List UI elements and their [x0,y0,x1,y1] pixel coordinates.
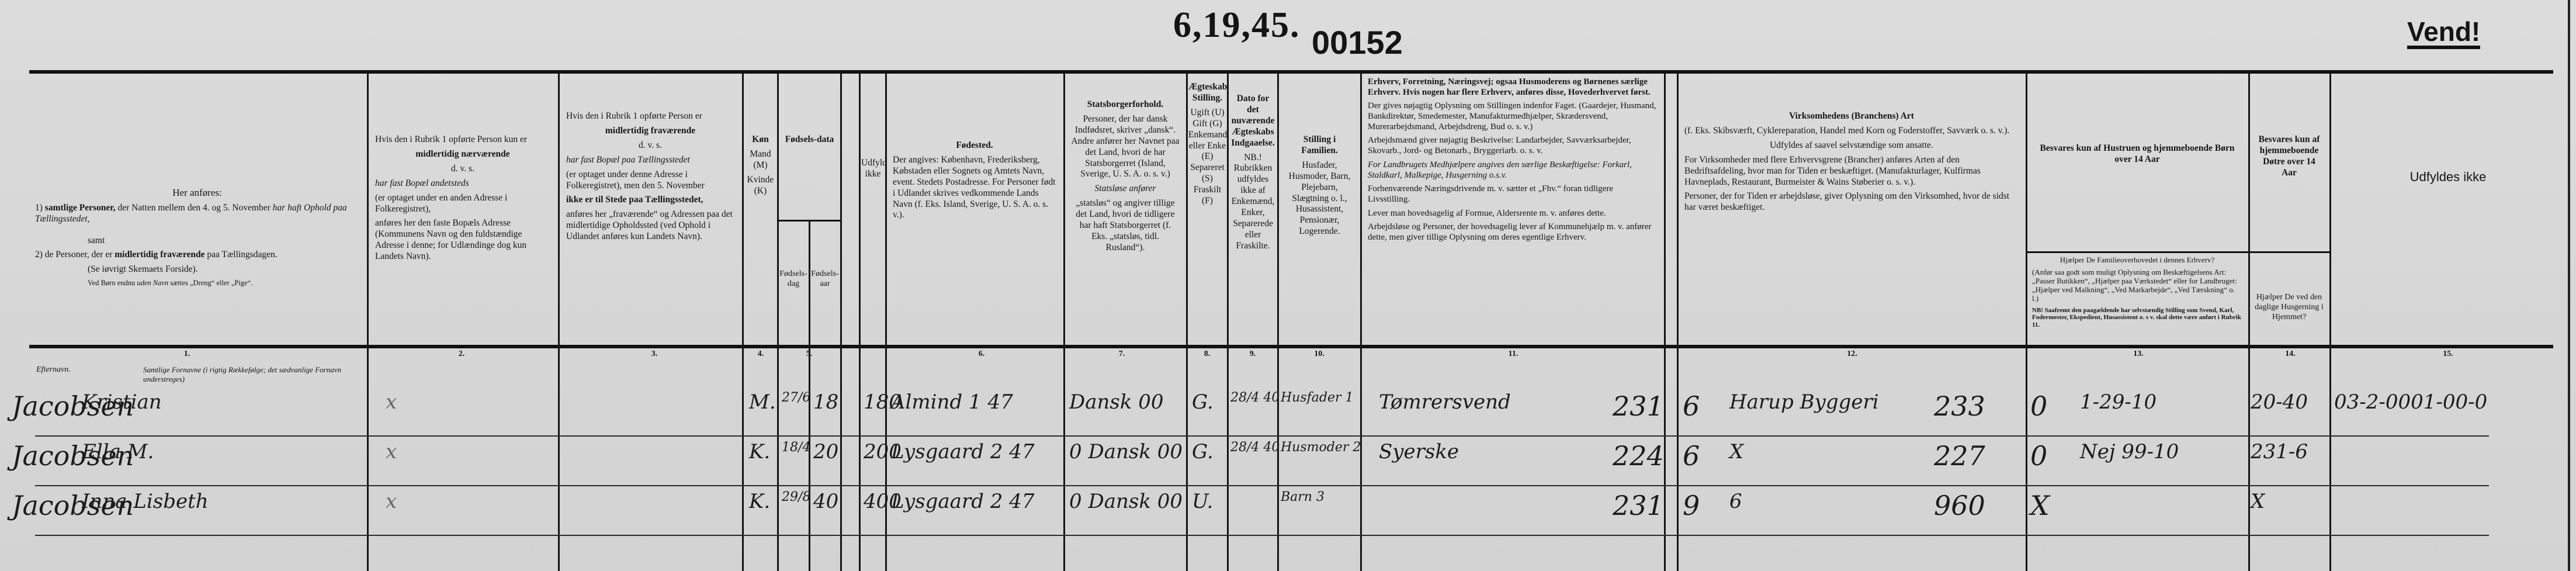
col7-title: Statsborgerforhold. [1071,99,1180,110]
col1-text: paa Tællingsdagen. [205,250,278,259]
col11-p4: For Landbrugets Medhjælpere angives den … [1368,160,1657,181]
col12-p1: (f. Eks. Skibsværft, Cyklereparation, Ha… [1684,126,2019,137]
page-edge [2568,0,2570,571]
col3-rest: anføres her „fraværende“ og Adressen paa… [566,209,734,243]
header-col-13-title: Besvares kun af Hustruen og hjemmeboende… [2027,76,2247,251]
col6-title: Fødested. [893,140,1056,151]
row-3-c14: X [2251,490,2265,513]
col11-p6: Lever man hovedsagelig af Formue, Alders… [1368,209,1657,219]
col10-title: Stilling i Familien. [1285,134,1354,157]
col6-text: Der angives: København, Frederiksberg, K… [893,155,1056,221]
col4-female: Kvinde (K) [745,175,776,197]
header-col-14: Hjælper De ved den daglige Husgerning i … [2250,292,2328,342]
column-number: 8. [1195,349,1219,359]
header-col-12: Virksomhedens (Branchens) Art (f. Eks. S… [1679,76,2024,342]
col9-note: NB.! Rubrikken udfyldes ikke af Enkemænd… [1230,153,1276,252]
col1-title: Her anføres: [35,187,359,199]
birth-day-header: Fødsels-dag [779,269,808,339]
col3-bold: midlertidig fraværende [566,126,734,137]
row-1-c14: 20-40 [2251,390,2308,414]
row-2-industry: X [1729,440,1743,463]
row-divider [35,435,2489,437]
col1-text: de Personer, der er [45,250,115,259]
col3-bold2: ikke er til Stede paa Tællingsstedet, [566,195,734,206]
row-1-occ-code: 231 [1613,390,1664,422]
column-number: 4. [749,349,772,359]
col11-p5: Forhenværende Næringsdrivende m. v. sætt… [1368,184,1657,205]
row-1-industry: Harup Byggeri [1729,390,1879,414]
given-names-subheader: Samtlige Fornavne (i rigtig Rækkefølge; … [143,365,359,384]
row-1-occupation: Tømrersvend [1379,390,1511,414]
col4-title: Køn [745,134,776,146]
row-2-c13-code: Nej 99-10 [2080,440,2179,463]
row-3-birthplace: Lysgaard 2 47 [891,490,1034,513]
row-2-c13: 0 [2030,440,2047,472]
header-col-7: Statsborgerforhold. Personer, der har da… [1065,76,1185,342]
col4-male: Mand (M) [745,149,776,171]
col8-options: Ugift (U) Gift (G) Enkemand eller Enke (… [1188,108,1226,207]
row-1-marital: G. [1192,390,1214,414]
header-col-blank: Udfyldes ikke [861,76,885,342]
row-2-marital: G. [1192,440,1214,463]
row-2-birth-day: 18/4 [782,440,810,455]
column-number: 10. [1308,349,1331,359]
row-divider [35,485,2489,486]
row-3-occ-code: 231 [1613,490,1664,521]
col12-p3: For Virksomheder med flere Erhvervsgrene… [1684,155,2019,188]
divider [1664,74,1666,571]
divider [367,74,369,571]
row-1-family-role: Husfader 1 [1281,390,1354,405]
divider [840,74,842,571]
col12-title: Virksomhedens (Branchens) Art [1684,111,2019,122]
divider [2026,251,2329,253]
row-2-c14: 231-6 [2251,440,2308,463]
col3-intro: Hvis den i Rubrik 1 opførte Person er [566,111,734,122]
col13-nb: NB! Saafremt den paagældende har selvstæ… [2032,307,2242,329]
col12-p4: Personer, der for Tiden er arbejdsløse, … [1684,191,2019,213]
row-3-col2: x [386,490,397,513]
column-number: 3. [643,349,666,359]
col3-dvs: d. v. s. [566,140,734,151]
column-number: 5. [798,349,821,359]
row-1-industry-code: 6 [1683,390,1700,422]
item-number: 2) [35,250,43,259]
row-3-c13: X [2030,490,2050,521]
header-col-14-title: Besvares kun af hjemmeboende Døtre over … [2250,76,2328,251]
row-1-citizenship: Dansk 00 [1069,390,1164,414]
row-3-citizenship: 0 Dansk 00 [1069,490,1183,513]
form-code: 6,19,45. [1173,5,1301,46]
row-3-given-names: Inna Lisbeth [82,490,209,513]
col1-text: der Natten mellem den 4. og 5. November [116,203,273,213]
col10-text: Husfader, Husmoder, Barn, Plejebarn, Slæ… [1285,160,1354,237]
header-col-9: Dato for det nuværende Ægteskabs Indgaae… [1229,76,1277,342]
col2-intro: Hvis den i Rubrik 1 opførte Person kun e… [375,134,550,146]
col11-p3: Arbejdsmænd giver nøjagtig Beskrivelse: … [1368,136,1657,156]
row-2-col2: x [386,440,397,463]
header-bottom-rule [29,345,2553,348]
row-2-occupation: Syerske [1379,440,1459,463]
col14-question: Hjælper De ved den daglige Husgerning i … [2252,292,2326,322]
col1-text: Ved Børn endnu [88,279,137,287]
col1-samt: samt [35,236,359,247]
header-col-13: Hjælper De Familieoverhovedet i dennes E… [2027,255,2247,342]
column-number: 14. [2279,349,2302,359]
row-3-birth-day: 29/8 [782,490,810,504]
row-2-birth-year: 20 [813,440,838,463]
col13-text: (Anfør saa godt som muligt Oplysning om … [2032,268,2242,303]
column-number: 12. [1840,349,1864,359]
column-number: 6. [970,349,993,359]
row-2-citizenship: 0 Dansk 00 [1069,440,1183,463]
col7-italic: Statsløse anfører [1071,184,1180,195]
row-2-marriage-date: 28/4 40 [1230,440,1280,455]
col1-text: sættes „Dreng“ eller „Pige“. [168,279,252,287]
top-rule [29,70,2553,74]
divider [558,74,560,571]
surname-subheader: Efternavn. [36,365,71,375]
col1-bold: midlertidig fraværende [115,250,204,259]
row-2-family-role: Husmoder 2 [1281,440,1361,455]
row-1-given-names: Kristian [82,390,162,414]
col1-note: (Se iøvrigt Skemaets Forside). [35,264,359,275]
column-number: 11. [1502,349,1525,359]
col2-rest: anføres her den faste Bopæls Adresse (Ko… [375,218,550,262]
row-3-marital: U. [1192,490,1213,513]
row-1-marriage-date: 28/4 40 [1230,390,1280,405]
col2-paren: (er optaget under en anden Adresse i Fol… [375,193,550,215]
column-number: 1. [175,349,199,359]
column-number: 9. [1241,349,1264,359]
row-1-c15: 03-2-0001-00-0 [2334,390,2487,414]
col13-question: Hjælper De Familieoverhovedet i dennes E… [2032,256,2242,265]
row-2-occ-code: 224 [1613,440,1664,472]
row-2-birthplace: Lysgaard 2 47 [891,440,1034,463]
header-col-2: Hvis den i Rubrik 1 opførte Person kun e… [369,76,556,342]
column-number: 15. [2436,349,2460,359]
header-col-8: Ægteskabelig Stilling. Ugift (U) Gift (G… [1188,76,1227,342]
row-2-industry-code: 6 [1683,440,1700,472]
row-1-sex: M. [749,390,776,414]
header-col-5: Fødsels-data [779,76,840,216]
header-col-4: Køn Mand (M) Kvinde (K) [744,76,777,342]
header-col-15: Udfyldes ikke [2331,76,2565,342]
row-1-birth-year: 18 [813,390,838,414]
column-number: 7. [1110,349,1133,359]
header-col-6: Fødested. Der angives: København, Freder… [887,76,1062,342]
col12-p2: Udfyldes af saavel selvstændige som ansa… [1684,140,2019,151]
col2-italic: har fast Bopæl andetsteds [375,178,550,189]
col11-p7: Arbejdsløse og Personer, der hovedsageli… [1368,222,1657,243]
row-3-sex: K. [749,490,770,513]
row-3-family-role: Barn 3 [1281,490,1325,504]
col9-title: Dato for det nuværende Ægteskabs Indgaae… [1230,94,1276,149]
row-1-industry-num: 233 [1934,390,1985,422]
col7-text2: „statsløs“ og angiver tillige det Land, … [1071,198,1180,254]
row-1-col2: x [386,390,397,414]
row-3-industry-num: 960 [1934,490,1985,521]
row-divider [35,535,2489,536]
row-3-industry-code: 9 [1683,490,1700,521]
column-number: 2. [450,349,473,359]
row-3-industry: 6 [1729,490,1742,513]
col2-bold: midlertidig nærværende [375,149,550,160]
turn-over-label: Vend! [2407,18,2480,49]
header-col-3: Hvis den i Rubrik 1 opførte Person er mi… [560,76,740,342]
col1-italic: uden Navn [137,279,168,287]
row-1-birth-day: 27/6 [782,390,810,405]
row-1-c13-code: 1-29-10 [2080,390,2157,414]
row-2-given-names: Ella M. [82,440,154,463]
column-number: 13. [2127,349,2150,359]
col11-p2: Der gives nøjagtig Oplysning om Stilling… [1368,101,1657,132]
row-2-sex: K. [749,440,770,463]
header-col-11: Erhverv, Forretning, Næringsvej; ogsaa H… [1362,76,1663,342]
row-3-birth-year: 40 [813,490,838,513]
row-1-c13: 0 [2030,390,2047,422]
row-2-industry-num: 227 [1934,440,1985,472]
col3-italic: har fast Bopæl paa Tællingsstedet [566,155,734,166]
birth-year-header: Fødsels-aar [810,269,840,339]
col2-dvs: d. v. s. [375,164,550,175]
row-1-birthplace: Almind 1 47 [891,390,1013,414]
col1-bold: samtlige Personer, [45,203,116,213]
header-col-1: Her anføres: 1) samtlige Personer, der N… [29,76,365,342]
col11-p1: Erhverv, Forretning, Næringsvej; ogsaa H… [1368,77,1657,98]
col8-title: Ægteskabelig Stilling. [1188,82,1226,104]
col7-text1: Personer, der har dansk Indfødsret, skri… [1071,114,1180,180]
census-form-sheet: 6,19,45. 00152 Vend! Her anføres: 1) sam… [0,0,2576,571]
serial-number-stamp: 00152 [1312,23,1403,61]
col3-paren: (er optaget under denne Adresse i Folker… [566,169,734,192]
item-number: 1) [35,203,43,213]
header-col-10: Stilling i Familien. Husfader, Husmoder,… [1279,76,1360,342]
